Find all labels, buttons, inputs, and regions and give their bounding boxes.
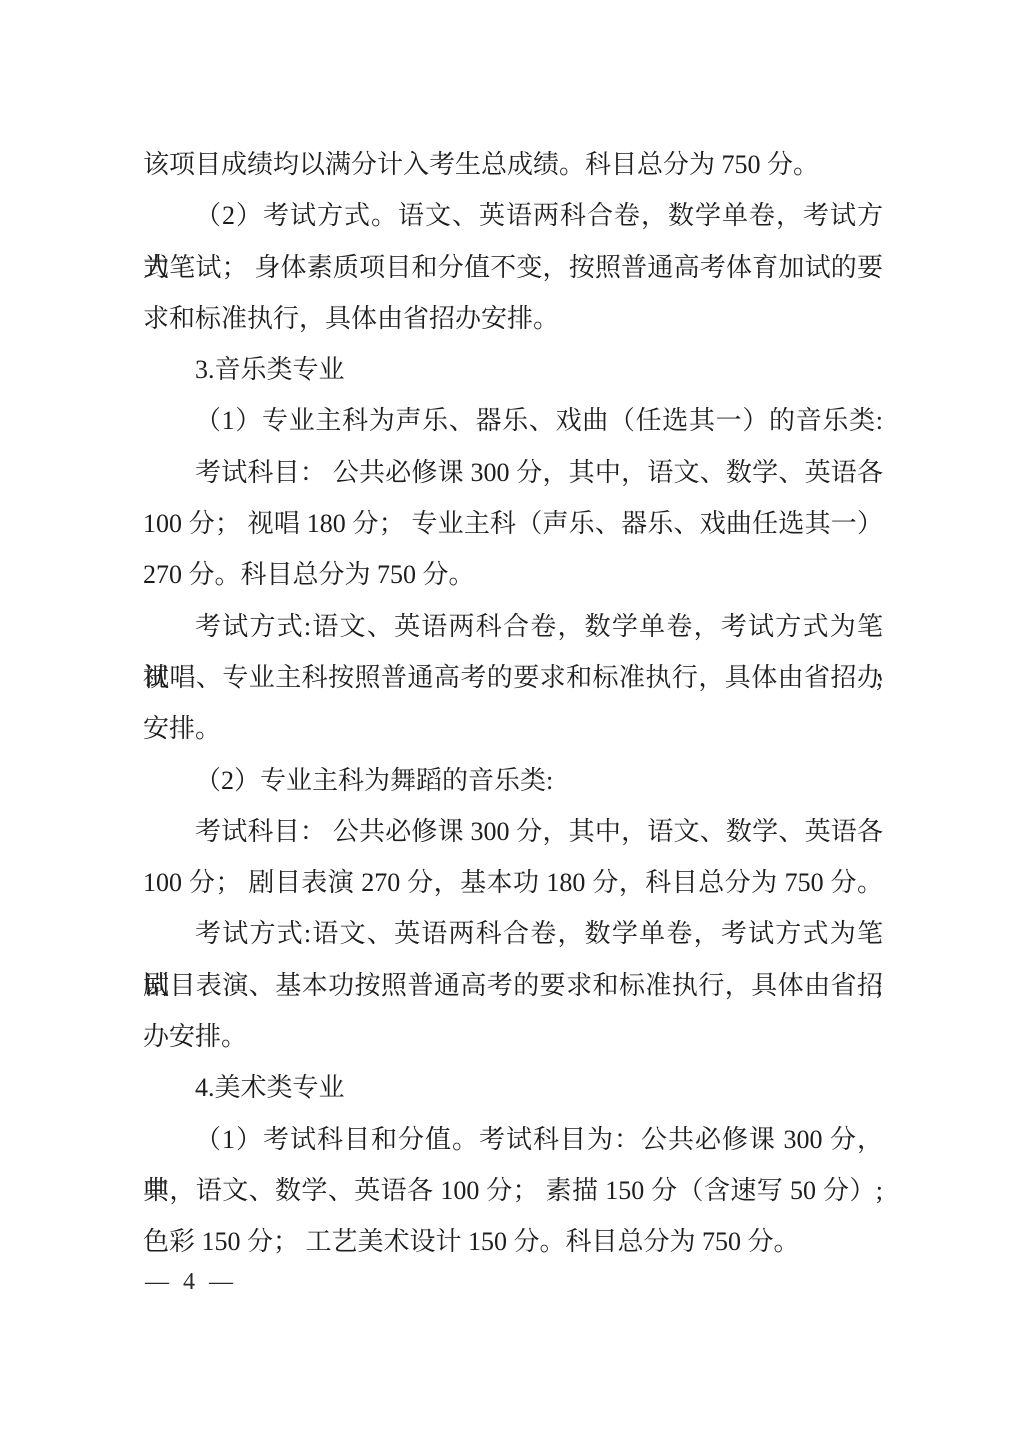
text-line: 色彩 150 分； 工艺美术设计 150 分。科目总分为 750 分。 [143, 1216, 883, 1267]
text-line: （2）考试方式。语文、英语两科合卷，数学单卷，考试方式 [143, 190, 883, 241]
text-line: 100 分； 剧目表演 270 分，基本功 180 分，科目总分为 750 分。 [143, 857, 883, 908]
text-line: 考试科目： 公共必修课 300 分，其中，语文、数学、英语各 [143, 447, 883, 498]
text-line: （1）考试科目和分值。考试科目为：公共必修课 300 分，其 [143, 1114, 883, 1165]
document-body: 该项目成绩均以满分计入考生总成绩。科目总分为 750 分。（2）考试方式。语文、… [143, 139, 883, 1268]
text-line: 剧目表演、基本功按照普通高考的要求和标准执行，具体由省招 [143, 960, 883, 1011]
text-line: 100 分； 视唱 180 分； 专业主科（声乐、器乐、戏曲任选其一） [143, 498, 883, 549]
text-line: 视唱、专业主科按照普通高考的要求和标准执行，具体由省招办 [143, 652, 883, 703]
text-line: 办安排。 [143, 1011, 883, 1062]
text-line: 考试方式:语文、英语两科合卷，数学单卷，考试方式为笔试; [143, 601, 883, 652]
text-line: 考试科目： 公共必修课 300 分，其中，语文、数学、英语各 [143, 806, 883, 857]
text-line: 该项目成绩均以满分计入考生总成绩。科目总分为 750 分。 [143, 139, 883, 190]
text-line: 4.美术类专业 [143, 1062, 883, 1113]
text-line: 270 分。科目总分为 750 分。 [143, 549, 883, 600]
text-line: 求和标准执行，具体由省招办安排。 [143, 293, 883, 344]
text-line: 3.音乐类专业 [143, 344, 883, 395]
text-line: （1）专业主科为声乐、器乐、戏曲（任选其一）的音乐类: [143, 395, 883, 446]
text-line: 为笔试； 身体素质项目和分值不变，按照普通高考体育加试的要 [143, 242, 883, 293]
text-line: （2）专业主科为舞蹈的音乐类: [143, 755, 883, 806]
text-line: 中，语文、数学、英语各 100 分； 素描 150 分（含速写 50 分）; [143, 1165, 883, 1216]
text-line: 安排。 [143, 703, 883, 754]
document-page: 该项目成绩均以满分计入考生总成绩。科目总分为 750 分。（2）考试方式。语文、… [0, 0, 1024, 1448]
text-line: 考试方式:语文、英语两科合卷，数学单卷，考试方式为笔试; [143, 908, 883, 959]
page-number: — 4 — [145, 1266, 237, 1298]
